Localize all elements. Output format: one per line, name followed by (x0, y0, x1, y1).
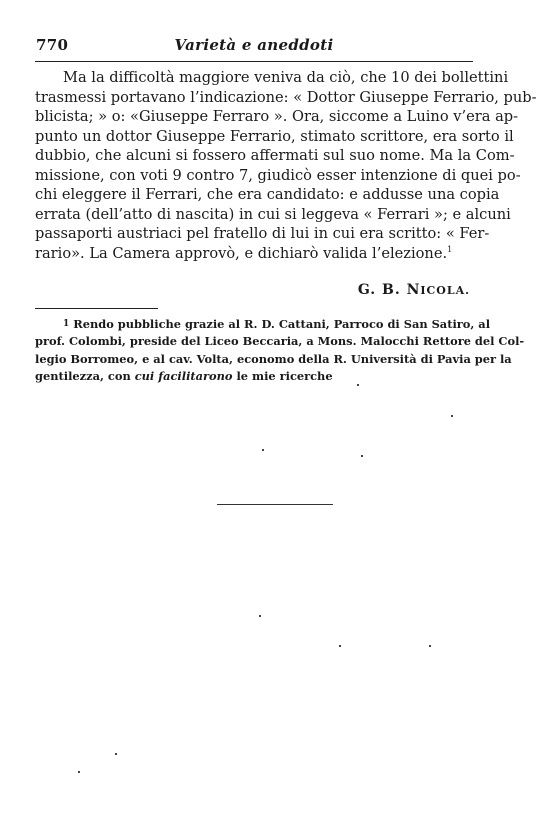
running-title: Varietà e aneddoti (36, 36, 472, 54)
footnote-italic-text: cui facilitarono (135, 369, 233, 383)
footnote-line: prof. Colombi, preside del Liceo Beccari… (35, 333, 473, 350)
scan-speck (262, 449, 264, 451)
body-line: punto un dottor Giuseppe Ferrario, stima… (35, 127, 473, 147)
body-line: blicista; » o: «Giuseppe Ferraro ». Ora,… (35, 107, 473, 127)
author-signature: G. B. NICOLA. (0, 282, 470, 298)
scan-speck (339, 645, 341, 647)
scan-speck (115, 753, 117, 755)
footnote-rule (35, 308, 158, 309)
body-line: dubbio, che alcuni si fossero affermati … (35, 146, 473, 166)
body-line-text: rario». La Camera approvò, e dichiarò va… (35, 245, 447, 262)
body-line: errata (dell’atto di nascita) in cui si … (35, 205, 473, 225)
body-paragraph: Ma la difficoltà maggiore veniva da ciò,… (35, 68, 473, 263)
footnote-line-last: gentilezza, con cui facilitarono le mie … (35, 368, 473, 385)
body-line: Ma la difficoltà maggiore veniva da ciò,… (35, 68, 473, 88)
footnote-number: 1 (63, 319, 69, 329)
footnote-reference[interactable]: 1 (447, 245, 452, 254)
footnotes: 1 Rendo pubbliche grazie al R. D. Cattan… (35, 316, 473, 385)
footnote-text: Rendo pubbliche grazie al R. D. Cattani,… (73, 317, 490, 331)
footnote-text: le mie ricerche (233, 369, 333, 383)
header-rule (35, 61, 473, 62)
body-line: missione, con voti 9 contro 7, giudicò e… (35, 166, 473, 186)
footnote-text: gentilezza, con (35, 369, 135, 383)
footnote-line: 1 Rendo pubbliche grazie al R. D. Cattan… (35, 316, 473, 333)
body-line: trasmessi portavano l’indicazione: « Dot… (35, 88, 473, 108)
body-line: chi eleggere il Ferrari, che era candida… (35, 185, 473, 205)
scan-speck (259, 615, 261, 617)
signature-surname: ICOLA. (420, 284, 470, 297)
scan-speck (78, 771, 80, 773)
scan-speck (451, 415, 453, 417)
page-header: 770 Varietà e aneddoti (36, 36, 472, 56)
document-page: 770 Varietà e aneddoti Ma la difficoltà … (0, 0, 550, 830)
scan-speck (429, 645, 431, 647)
scan-speck (361, 455, 363, 457)
end-rule (217, 504, 333, 505)
footnote-line: legio Borromeo, e al cav. Volta, economo… (35, 351, 473, 368)
body-line-last: rario». La Camera approvò, e dichiarò va… (35, 244, 473, 264)
scan-speck (357, 384, 359, 386)
signature-initials: G. B. N (358, 282, 421, 298)
body-line: passaporti austriaci pel fratello di lui… (35, 224, 473, 244)
